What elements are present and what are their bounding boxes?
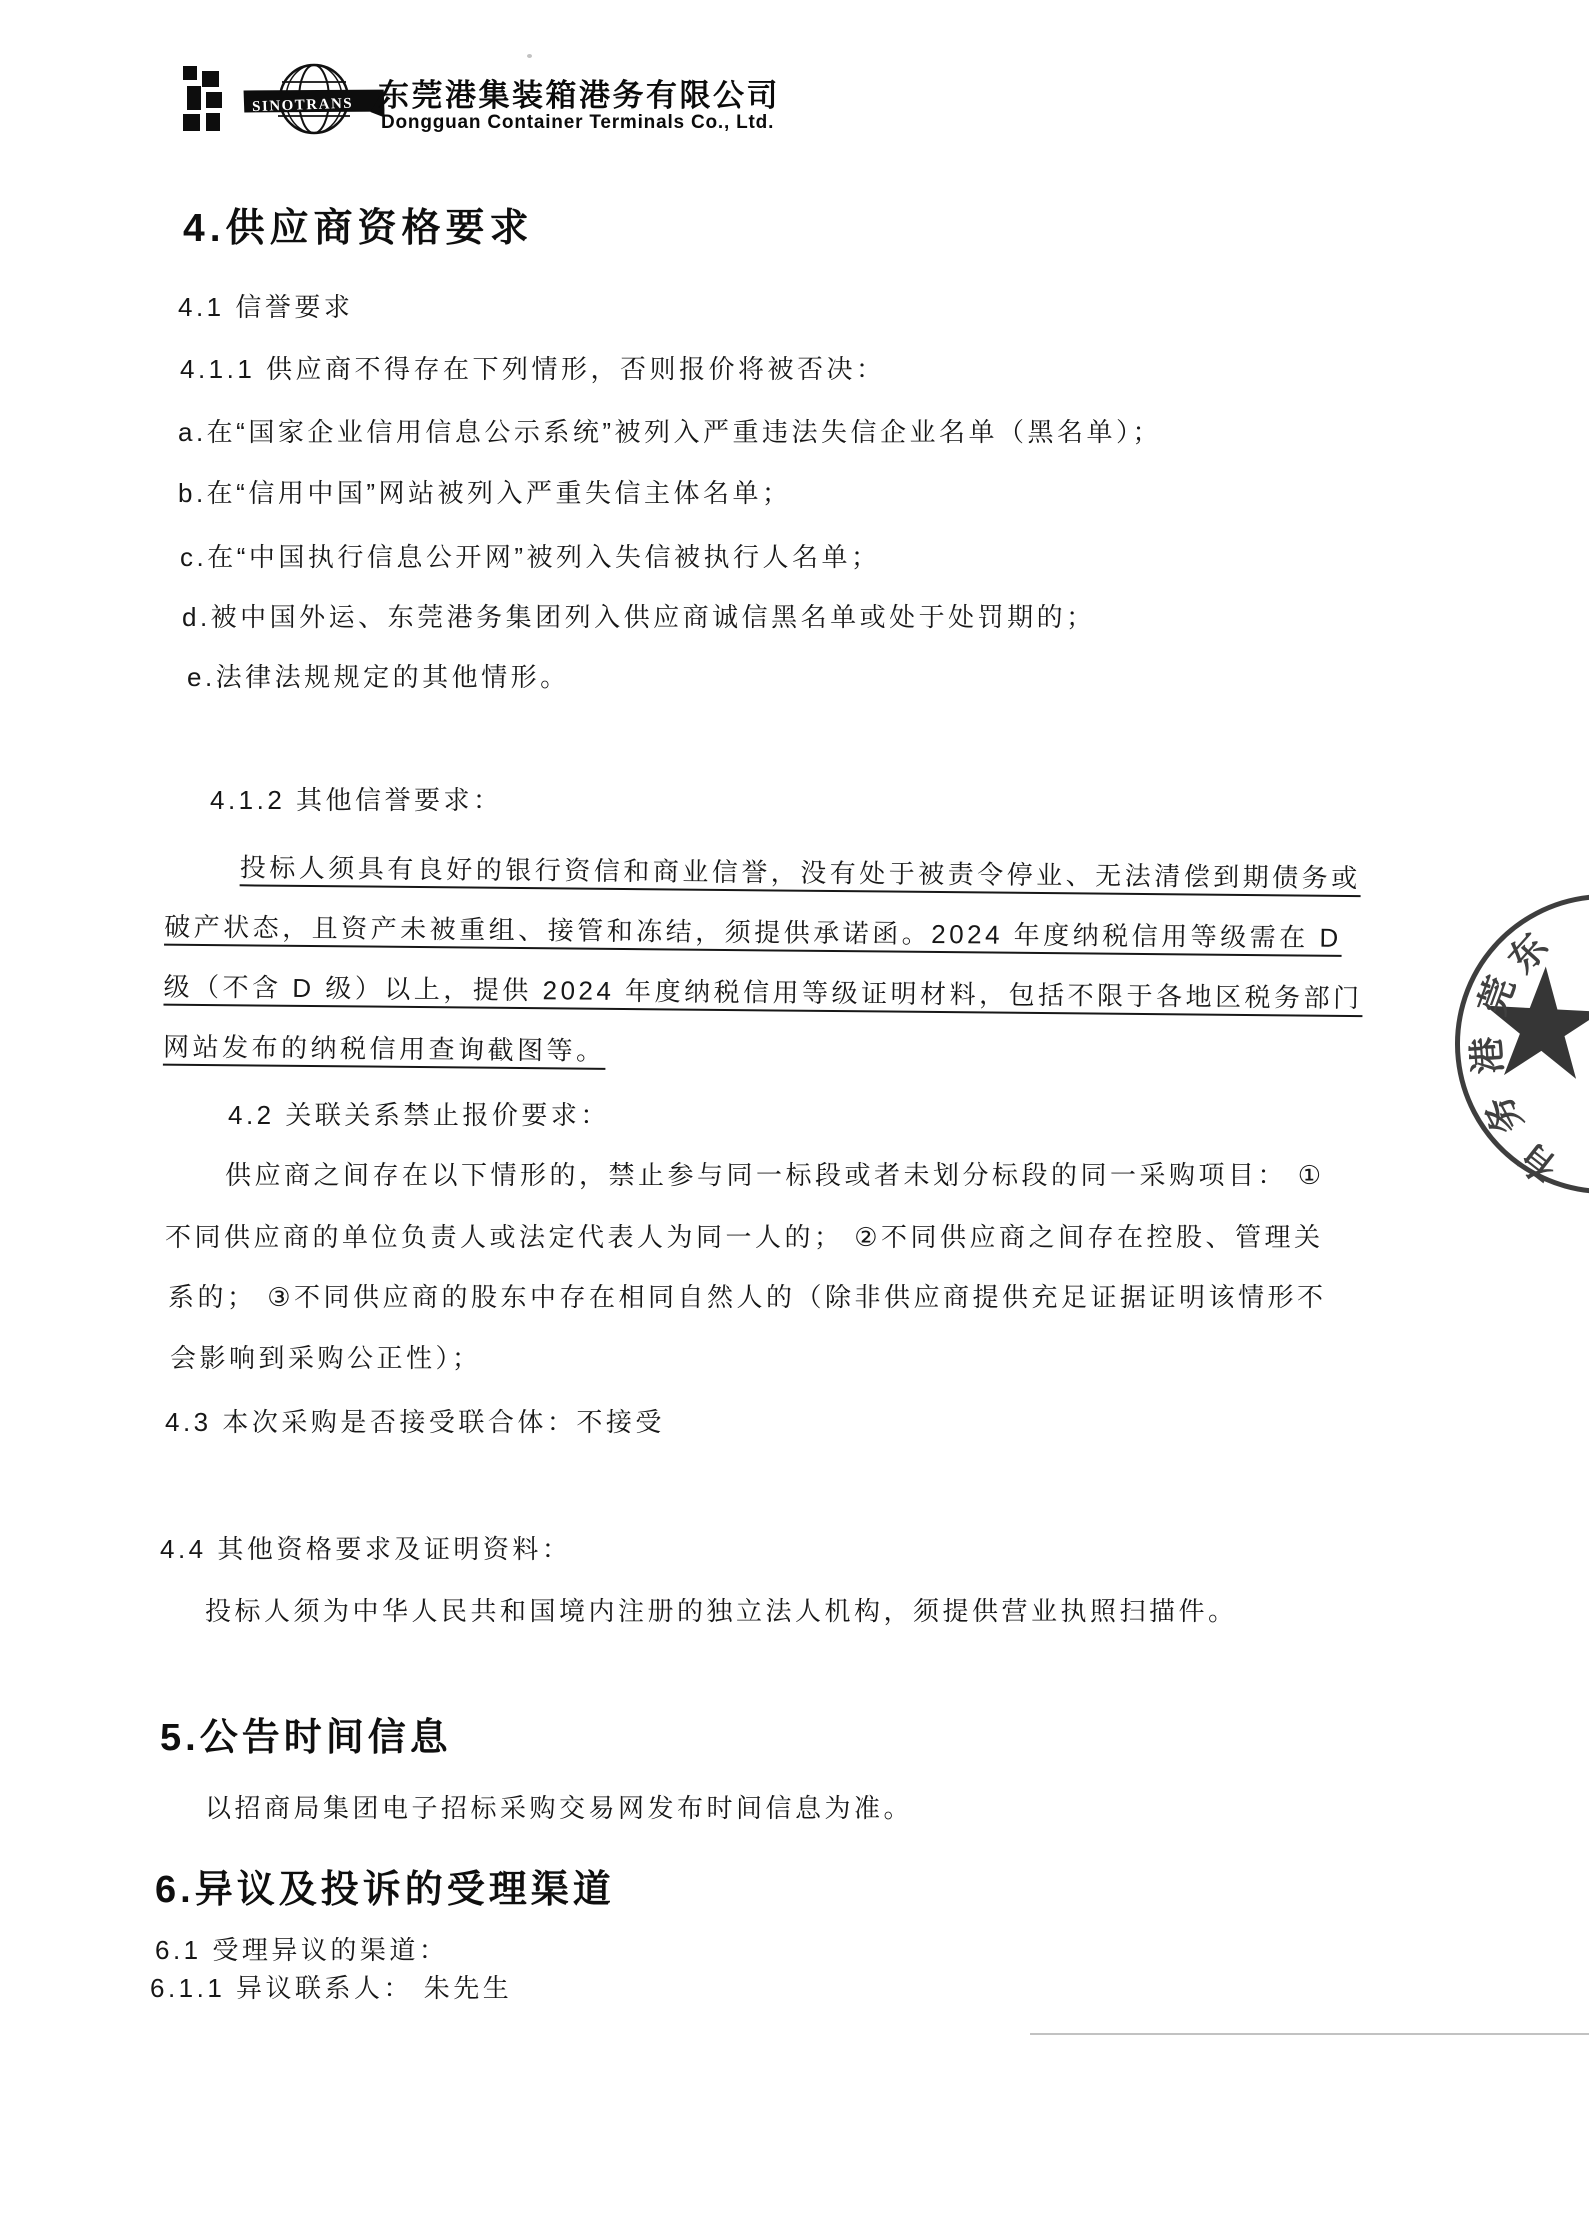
list-item-a: a.在“国家企业信用信息公示系统”被列入严重违法失信企业名单（黑名单）； bbox=[178, 412, 1162, 449]
section-6-1-1-line: 6.1.1 异议联系人： 朱先生 bbox=[150, 1968, 512, 2005]
para-5: 以招商局集团电子招标采购交易网发布时间信息为准。 bbox=[205, 1788, 913, 1825]
brand-pixel-mark-icon bbox=[183, 66, 247, 134]
section-4-4-heading: 4.4 其他资格要求及证明资料： bbox=[160, 1529, 571, 1566]
list-item-d: d.被中国外运、东莞港务集团列入供应商诚信黑名单或处于处罚期的； bbox=[182, 597, 1096, 634]
section-4-1-2-heading: 4.1.2 其他信誉要求： bbox=[210, 780, 503, 817]
section-4-3-line: 4.3 本次采购是否接受联合体：不接受 bbox=[165, 1402, 665, 1439]
para-4-2-line-2: 不同供应商的单位负责人或法定代表人为同一人的； ②不同供应商之间存在控股、管理关 bbox=[165, 1217, 1324, 1254]
section-4-1-1-heading: 4.1.1 供应商不得存在下列情形，否则报价将被否决： bbox=[180, 349, 886, 386]
para-4-2-line-4: 会影响到采购公正性）； bbox=[170, 1338, 482, 1375]
scan-artifact-line bbox=[1030, 2033, 1589, 2035]
list-item-e: e.法律法规规定的其他情形。 bbox=[187, 657, 570, 694]
list-item-b: b.在“信用中国”网站被列入严重失信主体名单； bbox=[178, 473, 792, 510]
section-6-heading: 6.异议及投诉的受理渠道 bbox=[155, 1858, 615, 1913]
scan-speck bbox=[527, 54, 532, 58]
section-4-1-heading: 4.1 信誉要求 bbox=[178, 287, 353, 324]
sinotrans-wordmark: SINOTRANS bbox=[252, 96, 354, 116]
company-name-zh: 东莞港集装箱港务有限公司 bbox=[378, 70, 780, 115]
underlined-credit-clause: 投标人须具有良好的银行资信和商业信誉，没有处于被责令停业、无法清偿到期债务或 破… bbox=[0, 845, 1500, 1109]
clause-line-2: 破产状态，且资产未被重组、接管和冻结，须提供承诺函。2024 年度纳税信用等级需… bbox=[164, 907, 1342, 955]
para-4-2-line-1: 供应商之间存在以下情形的，禁止参与同一标段或者未划分标段的同一采购项目： ① bbox=[225, 1155, 1325, 1192]
section-5-heading: 5.公告时间信息 bbox=[160, 1706, 452, 1761]
company-seal-stamp: ★ 东 莞 港 务 有 bbox=[1440, 879, 1589, 1209]
section-4-heading: 4.供应商资格要求 bbox=[183, 197, 534, 253]
clause-line-1: 投标人须具有良好的银行资信和商业信誉，没有处于被责令停业、无法清偿到期债务或 bbox=[240, 847, 1361, 895]
clause-line-3: 级（不含 D 级）以上，提供 2024 年度纳税信用等级证明材料，包括不限于各地… bbox=[163, 967, 1362, 1016]
sinotrans-globe-logo-icon: SINOTRANS bbox=[242, 58, 386, 140]
section-6-1-heading: 6.1 受理异议的渠道： bbox=[155, 1930, 448, 1967]
section-4-2-heading: 4.2 关联关系禁止报价要求： bbox=[228, 1095, 610, 1132]
list-item-c: c.在“中国执行信息公开网”被列入失信被执行人名单； bbox=[180, 537, 881, 574]
company-name-en: Dongguan Container Terminals Co., Ltd. bbox=[381, 112, 774, 134]
clause-line-4: 网站发布的纳税信用查询截图等。 bbox=[163, 1027, 606, 1068]
para-4-2-line-3: 系的； ③不同供应商的股东中存在相同自然人的（除非供应商提供充足证据证明该情形不 bbox=[168, 1277, 1327, 1314]
scanned-document-page: SINOTRANS 东莞港集装箱港务有限公司 Dongguan Containe… bbox=[0, 0, 1589, 2226]
seal-ring-char: 港 bbox=[1456, 1035, 1512, 1076]
para-4-4: 投标人须为中华人民共和国境内注册的独立法人机构，须提供营业执照扫描件。 bbox=[205, 1591, 1238, 1628]
